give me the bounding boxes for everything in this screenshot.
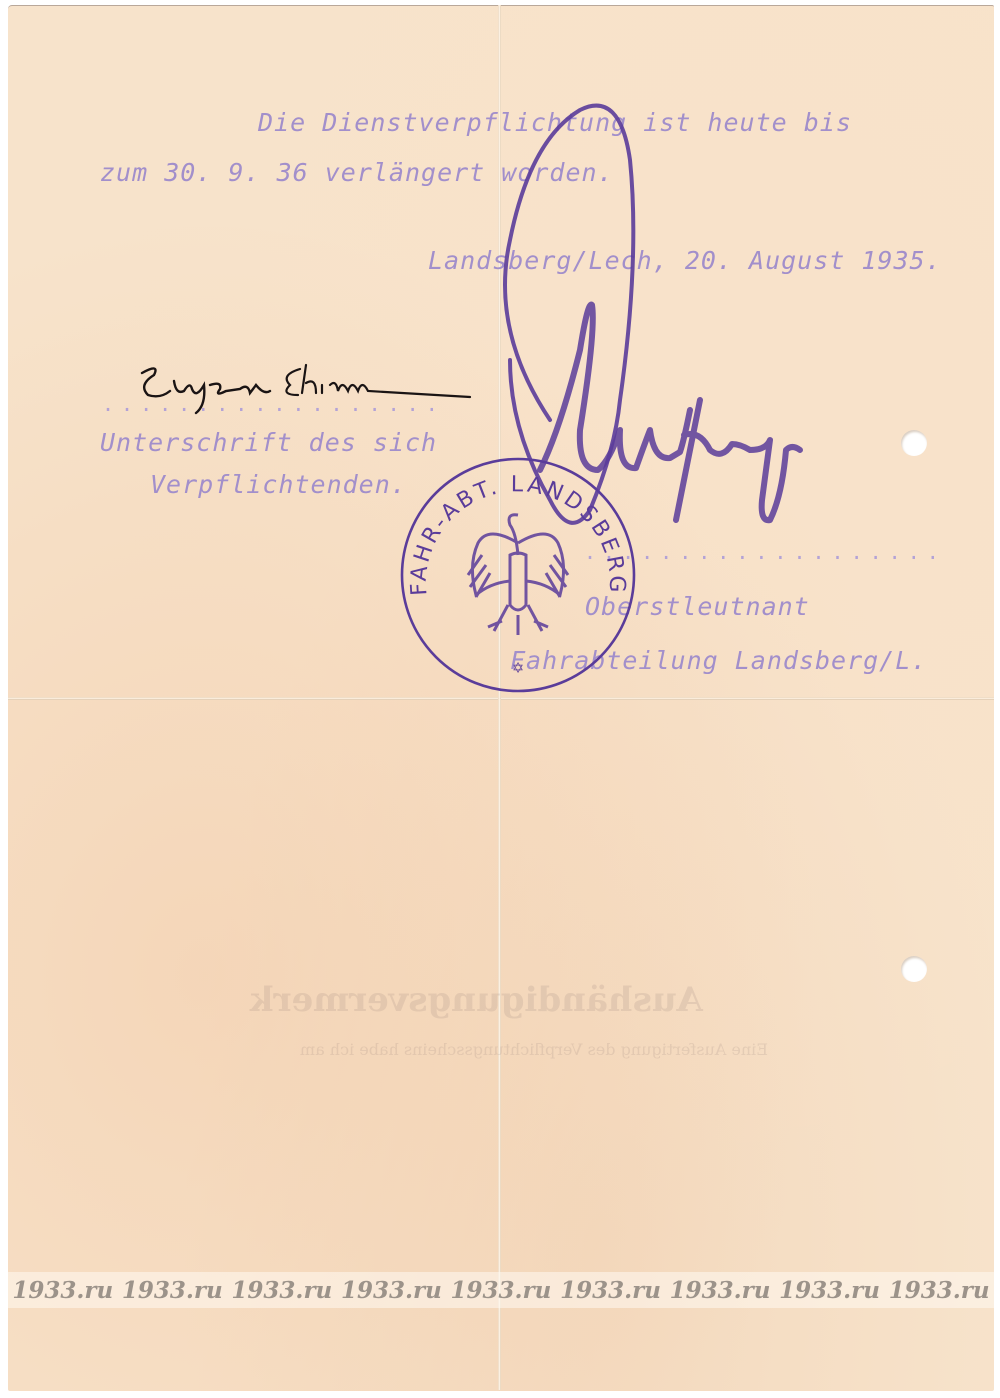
star-icon: ✡	[513, 657, 524, 678]
horizontal-fold	[8, 697, 994, 700]
commander-signature	[470, 100, 870, 540]
punch-hole-upper	[901, 430, 927, 456]
watermark-text: 1933.ru	[122, 1277, 223, 1304]
right-signature-dotted-line: ...................	[584, 540, 946, 564]
left-signature-dotted-line: ..................	[102, 392, 445, 416]
punch-hole-lower	[901, 956, 927, 982]
bleed-through-heading: Aushändigungsvermerk	[250, 980, 703, 1020]
watermark-text: 1933.ru	[12, 1277, 113, 1304]
watermark-strip: 1933.ru1933.ru1933.ru1933.ru1933.ru1933.…	[8, 1272, 994, 1308]
watermark-text: 1933.ru	[560, 1277, 661, 1304]
watermark-text: 1933.ru	[231, 1277, 332, 1304]
bleed-through-line: Eine Ausfertigung des Verpflichtungssche…	[300, 1040, 768, 1059]
signature-caption-line1: Unterschrift des sich	[100, 428, 437, 457]
watermark-text: 1933.ru	[889, 1277, 990, 1304]
watermark-text: 1933.ru	[451, 1277, 552, 1304]
watermark-text: 1933.ru	[779, 1277, 880, 1304]
watermark-text: 1933.ru	[670, 1277, 771, 1304]
signature-caption-line2: Verpflichtenden.	[150, 470, 407, 499]
watermark-text: 1933.ru	[341, 1277, 442, 1304]
